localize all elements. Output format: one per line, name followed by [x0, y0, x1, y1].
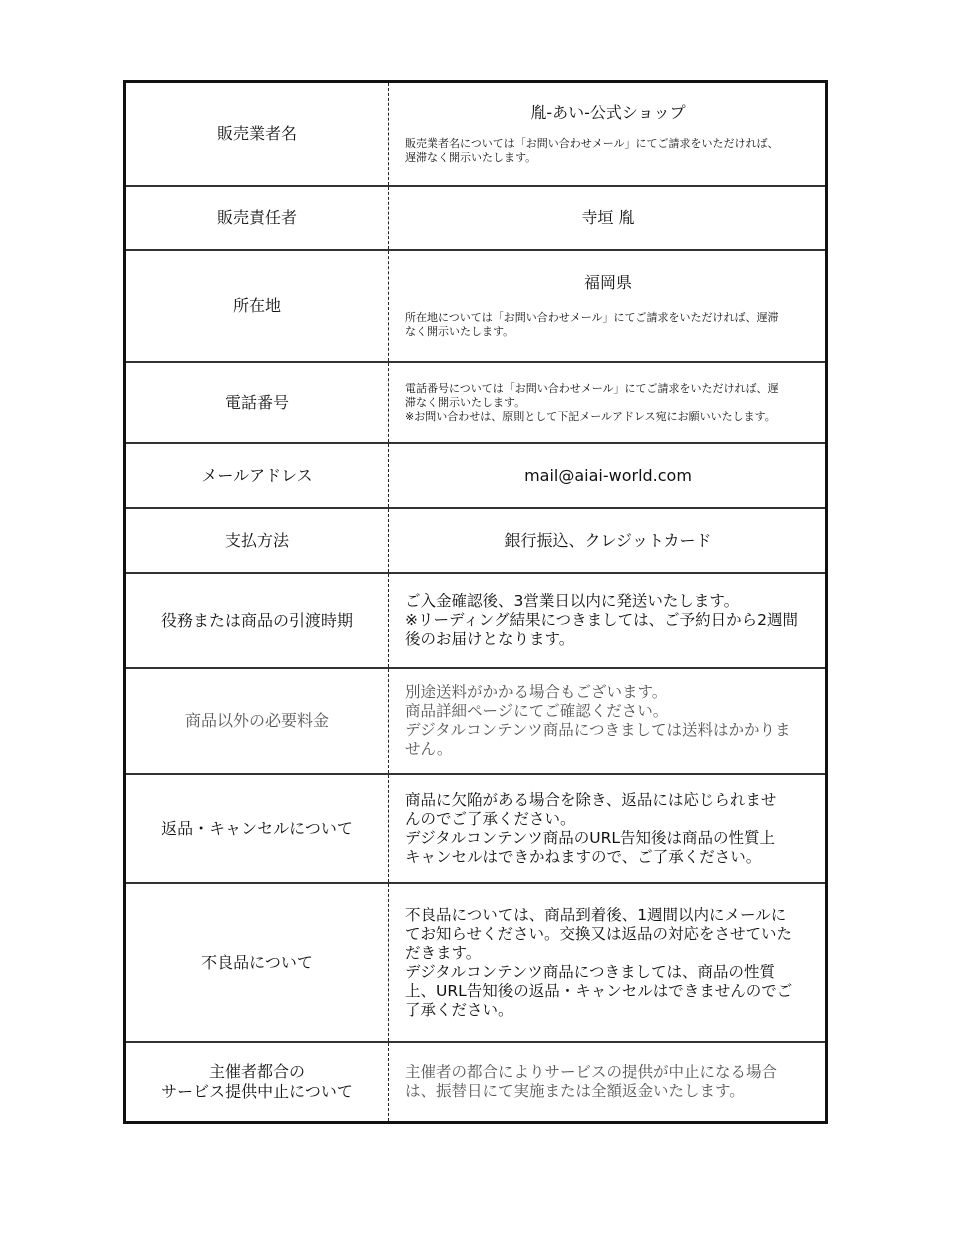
additional-fees-text: 別途送料がかかる場合もございます。 商品詳細ページにてご確認ください。 デジタル…: [405, 683, 811, 759]
row-label: 役務または商品の引渡時期: [126, 574, 389, 667]
row-label: 販売業者名: [126, 83, 389, 185]
returns-cancellation-text: 商品に欠陥がある場合を除き、返品には応じられませ んのでご了承ください。 デジタ…: [405, 791, 811, 867]
defective-products-text: 不良品については、商品到着後、1週間以内にメールに てお知らせください。交換又は…: [405, 906, 811, 1020]
table-row-responsible-person: 販売責任者 寺垣 胤: [126, 185, 825, 249]
table-row-location: 所在地 福岡県 所在地については「お問い合わせメール」にてご請求をいただければ、…: [126, 249, 825, 361]
row-value: 主催者の都合によりサービスの提供が中止になる場合 は、振替日にて実施または全額返…: [389, 1043, 825, 1121]
row-label-line2: サービス提供中止について: [161, 1082, 353, 1102]
row-value: 銀行振込、クレジットカード: [389, 509, 825, 572]
row-label: 支払方法: [126, 509, 389, 572]
location-note: 所在地については「お問い合わせメール」にてご請求をいただければ、遅滞 なく開示い…: [405, 311, 811, 339]
row-label: 不良品について: [126, 884, 389, 1041]
row-value: 電話番号については「お問い合わせメール」にてご請求をいただければ、遅 滞なく開示…: [389, 363, 825, 442]
row-value: 胤-あい-公式ショップ 販売業者名については「お問い合わせメール」にてご請求をい…: [389, 83, 825, 185]
service-cancellation-text: 主催者の都合によりサービスの提供が中止になる場合 は、振替日にて実施または全額返…: [405, 1063, 811, 1101]
table-row-email: メールアドレス mail@aiai-world.com: [126, 442, 825, 507]
table-row-defective-products: 不良品について 不良品については、商品到着後、1週間以内にメールに てお知らせく…: [126, 882, 825, 1041]
location-value: 福岡県: [405, 273, 811, 293]
row-value: ご入金確認後、3営業日以内に発送いたします。 ※リーディング結果につきましては、…: [389, 574, 825, 667]
row-label: 主催者都合の サービス提供中止について: [126, 1043, 389, 1121]
row-label: 商品以外の必要料金: [126, 669, 389, 773]
seller-name-note: 販売業者名については「お問い合わせメール」にてご請求をいただければ、 遅滞なく開…: [405, 137, 811, 165]
row-label-line1: 主催者都合の: [209, 1062, 305, 1082]
row-label: メールアドレス: [126, 444, 389, 507]
responsible-person-value: 寺垣 胤: [581, 208, 634, 228]
table-row-delivery-time: 役務または商品の引渡時期 ご入金確認後、3営業日以内に発送いたします。 ※リーデ…: [126, 572, 825, 667]
row-value: 商品に欠陥がある場合を除き、返品には応じられませ んのでご了承ください。 デジタ…: [389, 775, 825, 882]
table-row-payment-method: 支払方法 銀行振込、クレジットカード: [126, 507, 825, 572]
table-row-service-cancellation: 主催者都合の サービス提供中止について 主催者の都合によりサービスの提供が中止に…: [126, 1041, 825, 1121]
row-label: 返品・キャンセルについて: [126, 775, 389, 882]
row-value: 寺垣 胤: [389, 187, 825, 249]
row-value: 別途送料がかかる場合もございます。 商品詳細ページにてご確認ください。 デジタル…: [389, 669, 825, 773]
phone-note: 電話番号については「お問い合わせメール」にてご請求をいただければ、遅 滞なく開示…: [405, 382, 811, 424]
table-row-returns-cancellation: 返品・キャンセルについて 商品に欠陥がある場合を除き、返品には応じられませ んの…: [126, 773, 825, 882]
specified-commercial-transactions-table: 販売業者名 胤-あい-公式ショップ 販売業者名については「お問い合わせメール」に…: [123, 80, 828, 1124]
row-label: 電話番号: [126, 363, 389, 442]
row-value: mail@aiai-world.com: [389, 444, 825, 507]
email-value[interactable]: mail@aiai-world.com: [524, 466, 692, 486]
row-value: 不良品については、商品到着後、1週間以内にメールに てお知らせください。交換又は…: [389, 884, 825, 1041]
seller-name-value: 胤-あい-公式ショップ: [405, 103, 811, 123]
payment-method-value: 銀行振込、クレジットカード: [504, 531, 711, 551]
table-row-seller-name: 販売業者名 胤-あい-公式ショップ 販売業者名については「お問い合わせメール」に…: [126, 83, 825, 185]
table-row-phone: 電話番号 電話番号については「お問い合わせメール」にてご請求をいただければ、遅 …: [126, 361, 825, 442]
table-row-additional-fees: 商品以外の必要料金 別途送料がかかる場合もございます。 商品詳細ページにてご確認…: [126, 667, 825, 773]
row-label: 販売責任者: [126, 187, 389, 249]
row-label: 所在地: [126, 251, 389, 361]
delivery-time-text: ご入金確認後、3営業日以内に発送いたします。 ※リーディング結果につきましては、…: [405, 592, 811, 649]
row-value: 福岡県 所在地については「お問い合わせメール」にてご請求をいただければ、遅滞 な…: [389, 251, 825, 361]
